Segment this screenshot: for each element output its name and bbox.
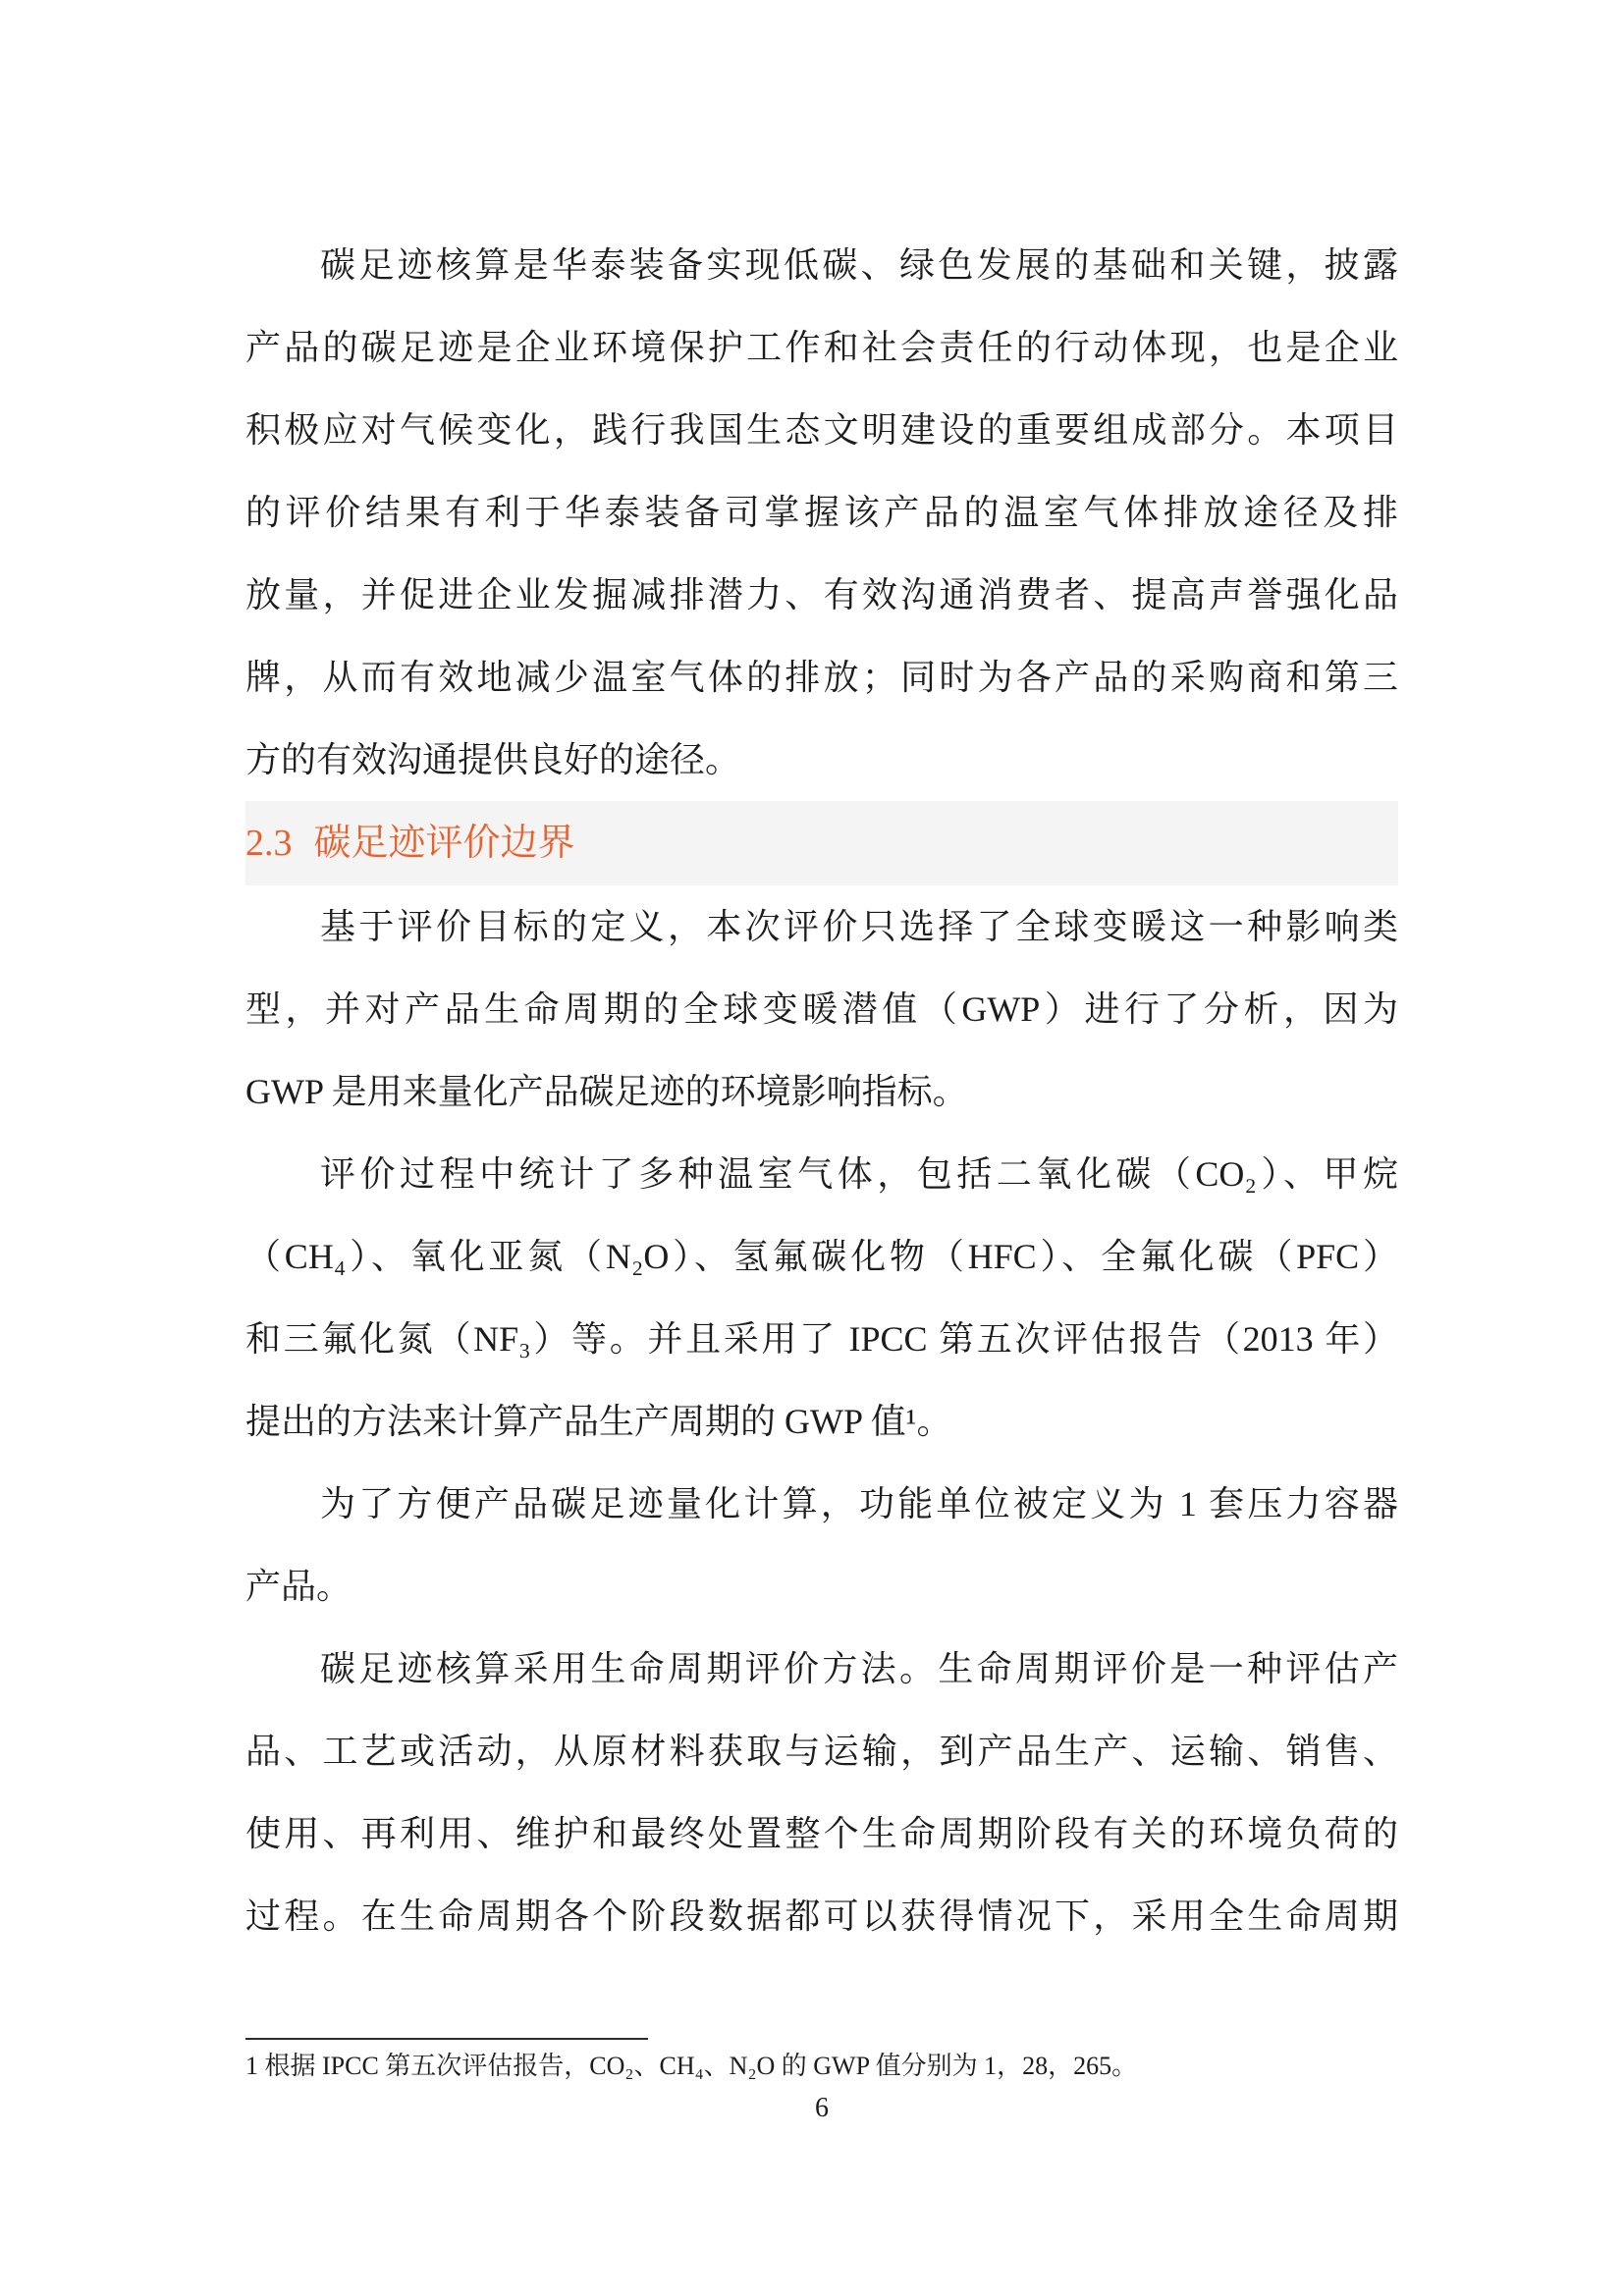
body-line: 评价过程中统计了多种温室气体，包括二氧化碳（CO₂）、甲烷 xyxy=(245,1133,1398,1215)
body-line: 品、工艺或活动，从原材料获取与运输，到产品生产、运输、销售、 xyxy=(245,1710,1398,1792)
body-line: 的评价结果有利于华泰装备司掌握该产品的温室气体排放途径及排 xyxy=(245,471,1398,554)
body-line: 过程。在生命周期各个阶段数据都可以获得情况下，采用全生命周期 xyxy=(245,1875,1398,1957)
body-line: 碳足迹核算采用生命周期评价方法。生命周期评价是一种评估产 xyxy=(245,1628,1398,1710)
body-line: 积极应对气候变化，践行我国生态文明建设的重要组成部分。本项目 xyxy=(245,389,1398,471)
body-line: 产品。 xyxy=(245,1545,1398,1628)
body-line: 提出的方法来计算产品生产周期的 GWP 值¹。 xyxy=(245,1380,1398,1463)
body-line: 使用、再利用、维护和最终处置整个生命周期阶段有关的环境负荷的 xyxy=(245,1792,1398,1875)
document-page: 碳足迹核算是华泰装备实现低碳、绿色发展的基础和关键，披露 产品的碳足迹是企业环境… xyxy=(0,0,1624,2296)
body-line: 和三氟化氮（NF₃）等。并且采用了 IPCC 第五次评估报告（2013 年） xyxy=(245,1298,1398,1380)
body-line: 基于评价目标的定义，本次评价只选择了全球变暖这一种影响类 xyxy=(245,885,1398,968)
body-line: GWP 是用来量化产品碳足迹的环境影响指标。 xyxy=(245,1050,1398,1133)
body-line: 型，并对产品生命周期的全球变暖潜值（GWP）进行了分析，因为 xyxy=(245,968,1398,1050)
section-title: 碳足迹评价边界 xyxy=(314,823,575,864)
body-line: 牌，从而有效地减少温室气体的排放；同时为各产品的采购商和第三 xyxy=(245,636,1398,719)
page-number: 6 xyxy=(245,2089,1398,2128)
body-line: 碳足迹核算是华泰装备实现低碳、绿色发展的基础和关键，披露 xyxy=(245,224,1398,306)
body-line: 为了方便产品碳足迹量化计算，功能单位被定义为 1 套压力容器 xyxy=(245,1463,1398,1545)
section-heading: 2.3碳足迹评价边界 xyxy=(245,801,1398,885)
body-line: 放量，并促进企业发掘减排潜力、有效沟通消费者、提高声誉强化品 xyxy=(245,554,1398,636)
section-number: 2.3 xyxy=(245,823,293,864)
body-line: （CH₄）、氧化亚氮（N₂O）、氢氟碳化物（HFC）、全氟化碳（PFC） xyxy=(245,1215,1398,1298)
body-line: 产品的碳足迹是企业环境保护工作和社会责任的行动体现，也是企业 xyxy=(245,306,1398,389)
body-line: 方的有效沟通提供良好的途径。 xyxy=(245,719,1398,801)
footnote-text: 1 根据 IPCC 第五次评估报告，CO₂、CH₄、N₂O 的 GWP 值分别为… xyxy=(245,2040,1398,2089)
